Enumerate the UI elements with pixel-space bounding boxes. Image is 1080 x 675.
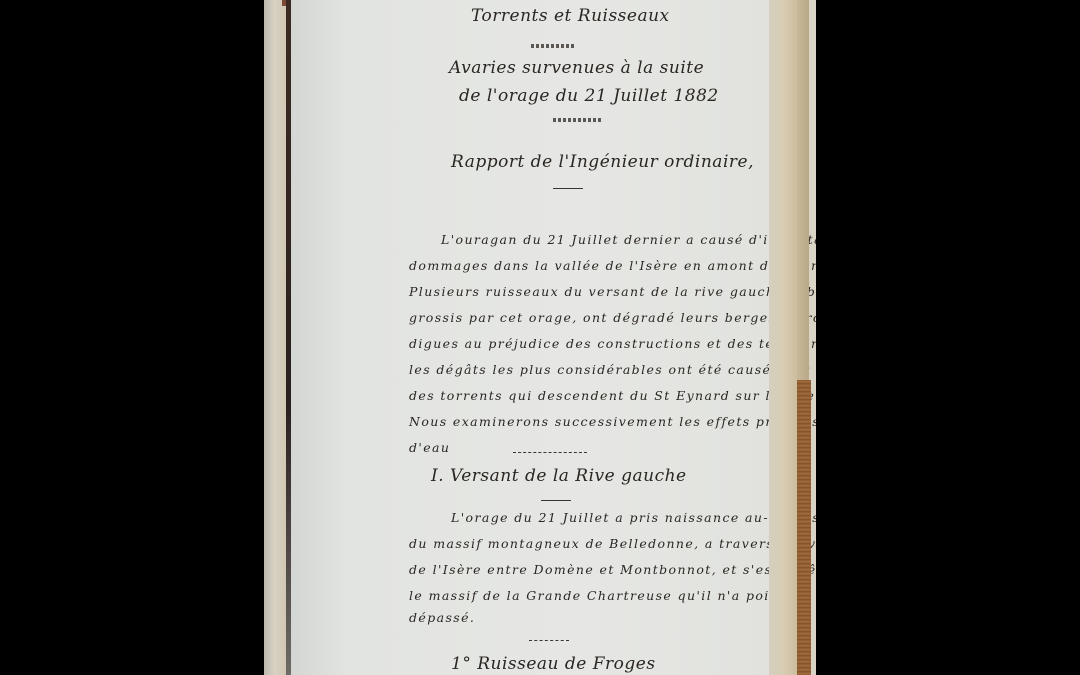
paragraph-line: grossis par cet orage, ont dégradé leurs… (409, 310, 816, 325)
paragraph-line: le massif de la Grande Chartreuse qu'il … (409, 588, 786, 603)
report-title: Rapport de l'Ingénieur ordinaire, (451, 152, 754, 172)
paragraph-line: dommages dans la vallée de l'Isère en am… (409, 258, 816, 273)
ornament-divider (531, 44, 575, 48)
page-stack-edge (797, 0, 809, 380)
paragraph-line: les dégâts les plus considérables ont ét… (409, 362, 816, 377)
section-heading: I. Versant de la Rive gauche (431, 466, 687, 486)
document-title: Torrents et Ruisseaux (471, 6, 670, 26)
short-rule (553, 188, 583, 189)
paragraph-line: dépassé. (409, 610, 475, 625)
paragraph-line: des torrents qui descendent du St Eynard… (409, 388, 816, 403)
subsection-heading: 1° Ruisseau de Froges (451, 654, 656, 674)
dashed-divider (529, 640, 569, 641)
ornament-divider (553, 118, 603, 122)
dashed-divider (513, 452, 587, 453)
paragraph-line: du massif montagneux de Belledonne, a tr… (409, 536, 816, 551)
paragraph-line: Plusieurs ruisseaux du versant de la riv… (409, 284, 816, 299)
subtitle-line-1: Avaries survenues à la suite (449, 58, 704, 78)
paragraph-line: d'eau (409, 440, 450, 455)
paragraph-line: de l'Isère entre Domène et Montbonnot, e… (409, 562, 816, 577)
manuscript-page: Torrents et Ruisseaux Avaries survenues … (291, 0, 769, 675)
paragraph-line: digues au préjudice des constructions et… (409, 336, 816, 351)
subtitle-line-2: de l'orage du 21 Juillet 1882 (459, 86, 719, 106)
manuscript-photo: Torrents et Ruisseaux Avaries survenues … (264, 0, 816, 675)
paragraph-line: L'orage du 21 Juillet a pris naissance a… (451, 510, 816, 525)
paragraph-line: Nous examinerons successivement les effe… (409, 414, 816, 429)
paragraph-line: L'ouragan du 21 Juillet dernier a causé … (441, 232, 816, 247)
page-stack-edge (797, 380, 811, 675)
short-rule (541, 500, 571, 501)
underlying-page-right (769, 0, 797, 675)
